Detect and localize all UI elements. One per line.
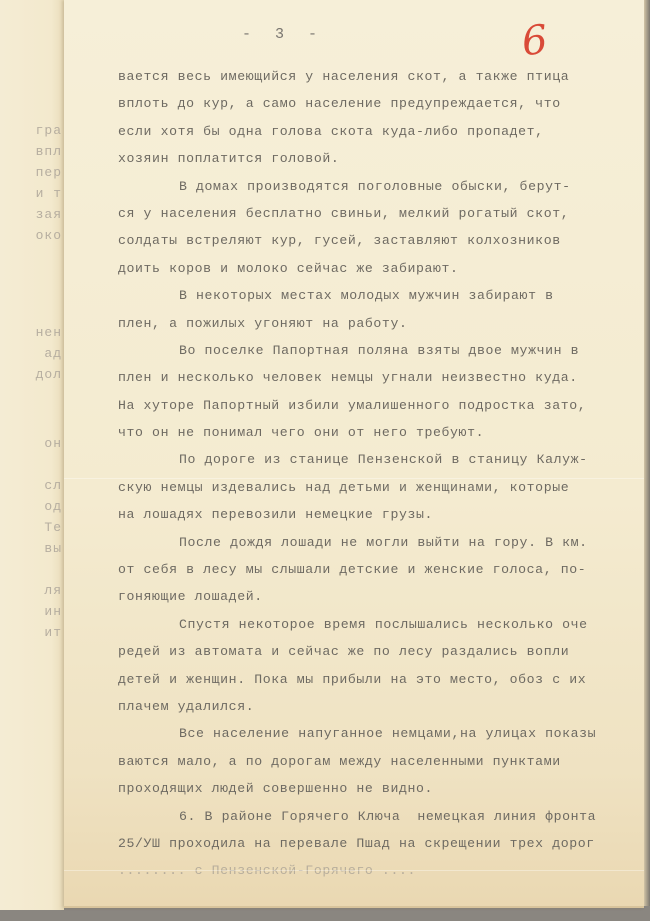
- underlying-text-fragment: зая: [36, 204, 62, 225]
- underlying-text-fragment: он: [36, 433, 62, 454]
- text-line: детей и женщин. Пока мы прибыли на это м…: [118, 666, 618, 693]
- underlying-text-fragment: Те: [36, 517, 62, 538]
- text-line: Все население напуганное немцами,на улиц…: [118, 720, 618, 747]
- text-line: вплоть до кур, а само население предупре…: [118, 90, 618, 117]
- text-line: В домах производятся поголовные обыски, …: [118, 173, 618, 200]
- underlying-text-fragment: ля: [36, 580, 62, 601]
- folio-number-handwritten: 6: [520, 17, 550, 65]
- underlying-text-fragment: нен: [36, 322, 62, 343]
- page-number: - 3 -: [242, 26, 319, 43]
- text-line: плен и несколько человек немцы угнали не…: [118, 364, 618, 391]
- paper-crease: [64, 870, 644, 871]
- text-line: вается весь имеющийся у населения скот, …: [118, 63, 618, 90]
- paper-crease: [64, 478, 644, 479]
- underlying-text-fragment: гра: [36, 120, 62, 141]
- underlying-text-fragment: ин: [36, 601, 62, 622]
- text-line: ваются мало, а по дорогам между населенн…: [118, 748, 618, 775]
- text-line: хозяин поплатится головой.: [118, 145, 618, 172]
- text-line: плен, а пожилых угоняют на работу.: [118, 310, 618, 337]
- text-line: редей из автомата и сейчас же по лесу ра…: [118, 638, 618, 665]
- text-line: солдаты встреляют кур, гусей, заставляют…: [118, 227, 618, 254]
- text-line: проходящих людей совершенно не видно.: [118, 775, 618, 802]
- text-line: если хотя бы одна голова скота куда-либо…: [118, 118, 618, 145]
- text-line: доить коров и молоко сейчас же забирают.: [118, 255, 618, 282]
- text-line: на лошадях перевозили немецкие грузы.: [118, 501, 618, 528]
- text-line: 25/УШ проходила на перевале Пшад на скре…: [118, 830, 618, 857]
- text-line: 6. В районе Горячего Ключа немецкая лини…: [118, 803, 618, 830]
- page-edge-shadow: [644, 0, 650, 906]
- text-line: от себя в лесу мы слышали детские и женс…: [118, 556, 618, 583]
- underlying-text-fragment: ад: [36, 343, 62, 364]
- text-line: В некоторых местах молодых мужчин забира…: [118, 282, 618, 309]
- underlying-text-fragment: и т: [36, 183, 62, 204]
- text-line: ........ с Пензенской-Горячего ....: [118, 857, 618, 884]
- underlying-text-fragment: [36, 454, 62, 475]
- text-line: что он не понимал чего они от него требу…: [118, 419, 618, 446]
- text-line: После дождя лошади не могли выйти на гор…: [118, 529, 618, 556]
- underlying-text-fragment: пер: [36, 162, 62, 183]
- underlying-text-fragment: сл: [36, 475, 62, 496]
- underlying-text-fragment: [36, 559, 62, 580]
- text-line: гоняющие лошадей.: [118, 583, 618, 610]
- underlying-text-fragment: вы: [36, 538, 62, 559]
- underlying-text-fragment: дол: [36, 364, 62, 385]
- underlying-page-text: гравплпери тзаяоконенаддолонслодТевыляин…: [36, 120, 62, 643]
- document-page: - 3 - 6 вается весь имеющийся у населени…: [64, 0, 644, 908]
- typewritten-body: вается весь имеющийся у населения скот, …: [118, 63, 618, 885]
- text-line: ся у населения бесплатно свиньи, мелкий …: [118, 200, 618, 227]
- underlying-page-fragment: гравплпери тзаяоконенаддолонслодТевыляин…: [0, 0, 64, 910]
- text-line: Во поселке Папортная поляна взяты двое м…: [118, 337, 618, 364]
- text-line: плачем удалился.: [118, 693, 618, 720]
- text-line: Спустя некоторое время послышались неско…: [118, 611, 618, 638]
- underlying-text-fragment: од: [36, 496, 62, 517]
- text-line: По дороге из станице Пензенской в станиц…: [118, 446, 618, 473]
- text-line: На хуторе Папортный избили умалишенного …: [118, 392, 618, 419]
- underlying-text-fragment: око: [36, 225, 62, 246]
- underlying-text-fragment: ит: [36, 622, 62, 643]
- underlying-text-fragment: впл: [36, 141, 62, 162]
